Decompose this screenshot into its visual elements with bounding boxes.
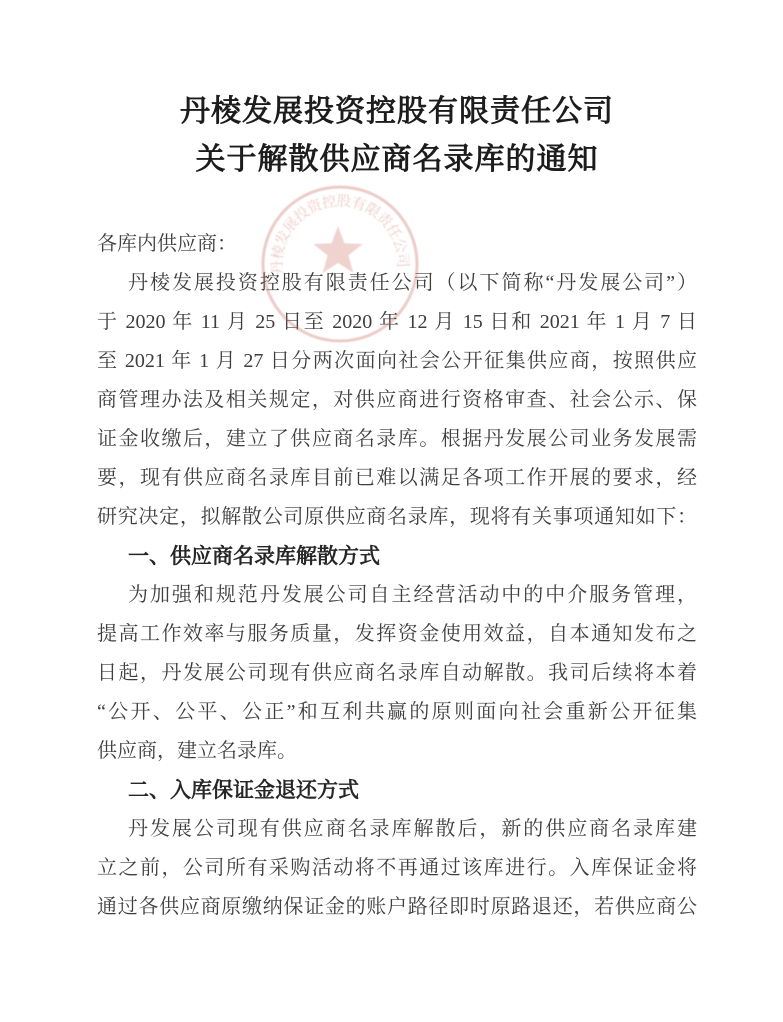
body-line: 日起，丹发展公司现有供应商名录库自动解散。我司后续将本着 [97, 654, 697, 693]
body-line: 丹棱发展投资控股有限责任公司（以下简称“丹发展公司”） [97, 264, 697, 303]
body-line: 商管理办法及相关规定，对供应商进行资格审查、社会公示、保 [97, 381, 697, 420]
notice-content: 丹棱发展投资控股有限责任公司 关于解散供应商名录库的通知 各库内供应商： 丹棱发… [97, 88, 697, 927]
section-heading-2: 二、入库保证金退还方式 [97, 771, 697, 810]
section-heading-1: 一、供应商名录库解散方式 [97, 537, 697, 576]
body-line: 通过各供应商原缴纳保证金的账户路径即时原路退还，若供应商公 [97, 888, 697, 927]
body-line: 至 2021 年 1 月 27 日分两次面向社会公开征集供应商，按照供应 [97, 342, 697, 381]
scanned-document-page: 丹棱发展投资控股有限责任公司 关于解散供应商名录库的通知 各库内供应商： 丹棱发… [0, 0, 783, 1022]
body-line: 为加强和规范丹发展公司自主经营活动中的中介服务管理， [97, 576, 697, 615]
body-line: 研究决定，拟解散公司原供应商名录库，现将有关事项通知如下： [97, 498, 697, 537]
body-line: 于 2020 年 11 月 25 日至 2020 年 12 月 15 日和 20… [97, 303, 697, 342]
body-line: 立之前，公司所有采购活动将不再通过该库进行。入库保证金将 [97, 849, 697, 888]
salutation: 各库内供应商： [97, 225, 697, 264]
notice-title-line1: 丹棱发展投资控股有限责任公司 [97, 88, 697, 136]
body-line: 证金收缴后，建立了供应商名录库。根据丹发展公司业务发展需 [97, 420, 697, 459]
notice-body: 各库内供应商： 丹棱发展投资控股有限责任公司（以下简称“丹发展公司”） 于 20… [97, 225, 697, 927]
notice-title-line2: 关于解散供应商名录库的通知 [97, 136, 697, 184]
body-line: 要，现有供应商名录库目前已难以满足各项工作开展的要求，经 [97, 459, 697, 498]
body-line: “公开、公平、公正”和互利共赢的原则面向社会重新公开征集 [97, 693, 697, 732]
body-line: 提高工作效率与服务质量，发挥资金使用效益，自本通知发布之 [97, 615, 697, 654]
body-line: 供应商，建立名录库。 [97, 732, 697, 771]
body-line: 丹发展公司现有供应商名录库解散后，新的供应商名录库建 [97, 810, 697, 849]
